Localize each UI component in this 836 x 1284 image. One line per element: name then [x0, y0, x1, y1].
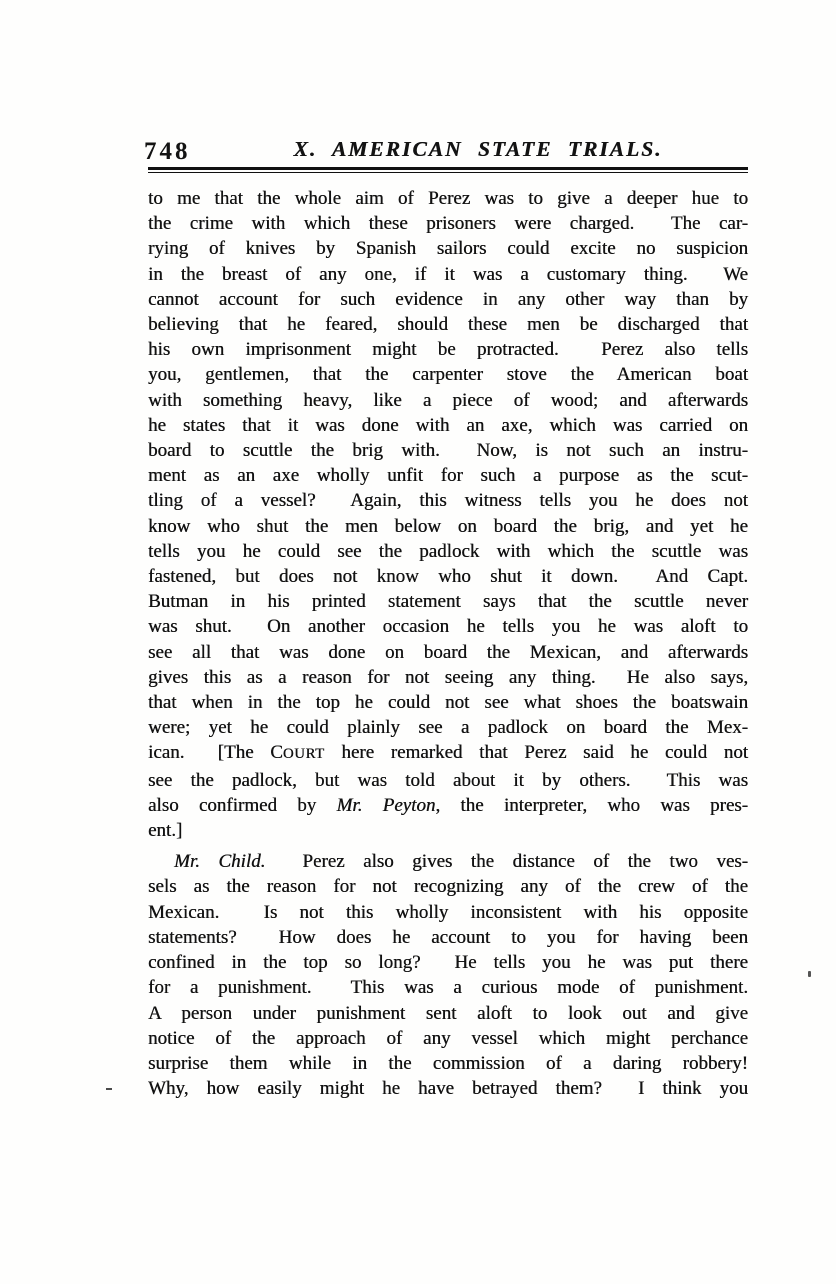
- text-run: in the breast of any one, if it was a cu…: [148, 264, 748, 285]
- text-line: the crime with which these prisoners wer…: [148, 211, 748, 236]
- text-run: ican. [The C: [148, 742, 283, 763]
- page-body-text: to me that the whole aim of Perez was to…: [148, 186, 748, 1101]
- text-line: see the padlock, but was told about it b…: [148, 768, 748, 793]
- text-run: with something heavy, like a piece of wo…: [148, 390, 748, 411]
- text-line: Mexican. Is not this wholly inconsistent…: [148, 900, 748, 925]
- text-line: surprise them while in the commission of…: [148, 1051, 748, 1076]
- text-run: cannot account for such evidence in any …: [148, 289, 748, 310]
- text-run: he states that it was done with an axe, …: [148, 415, 748, 436]
- text-run: here remarked that Perez said he could n…: [325, 742, 748, 763]
- italic-text: Mr. Child.: [174, 851, 265, 872]
- italic-text: Mr. Peyton: [336, 795, 435, 816]
- text-line: sels as the reason for not recognizing a…: [148, 874, 748, 899]
- page-number: 748: [144, 138, 191, 166]
- text-line: in the breast of any one, if it was a cu…: [148, 262, 748, 287]
- text-run: fastened, but does not know who shut it …: [148, 566, 748, 587]
- text-run: for a punishment. This was a curious mod…: [148, 977, 748, 998]
- text-run: Mexican. Is not this wholly inconsistent…: [148, 902, 748, 923]
- text-run: believing that he feared, should these m…: [148, 314, 748, 335]
- text-line: tling of a vessel? Again, this witness t…: [148, 488, 748, 513]
- scan-speck: [808, 971, 811, 977]
- text-line: that when in the top he could not see wh…: [148, 690, 748, 715]
- text-line: gives this as a reason for not seeing an…: [148, 665, 748, 690]
- text-run: ent.]: [148, 820, 182, 841]
- text-run: tling of a vessel? Again, this witness t…: [148, 490, 748, 511]
- smallcaps-text: OURT: [283, 746, 325, 762]
- text-line: rying of knives by Spanish sailors could…: [148, 236, 748, 261]
- text-run: rying of knives by Spanish sailors could…: [148, 238, 748, 259]
- text-line: for a punishment. This was a curious mod…: [148, 975, 748, 1000]
- text-run: know who shut the men below on board the…: [148, 516, 748, 537]
- text-line: Why, how easily might he have betrayed t…: [148, 1076, 748, 1101]
- text-run: his own imprisonment might be protracted…: [148, 339, 748, 360]
- text-line: A person under punishment sent aloft to …: [148, 1001, 748, 1026]
- text-run: Butman in his printed statement says tha…: [148, 591, 748, 612]
- text-line: ican. [The COURT here remarked that Pere…: [148, 740, 748, 767]
- text-run: to me that the whole aim of Perez was to…: [148, 188, 748, 209]
- text-line: believing that he feared, should these m…: [148, 312, 748, 337]
- text-line: cannot account for such evidence in any …: [148, 287, 748, 312]
- text-run: ment as an axe wholly unfit for such a p…: [148, 465, 748, 486]
- text-line: know who shut the men below on board the…: [148, 514, 748, 539]
- text-run: you, gentlemen, that the carpenter stove…: [148, 364, 748, 385]
- text-run: , the interpreter, who was pres-: [435, 795, 748, 816]
- text-line: were; yet he could plainly see a padlock…: [148, 715, 748, 740]
- text-line: Mr. Child. Perez also gives the distance…: [148, 849, 748, 874]
- paragraph: Mr. Child. Perez also gives the distance…: [148, 849, 748, 1101]
- text-line: see all that was done on board the Mexic…: [148, 640, 748, 665]
- scan-speck: [106, 1088, 112, 1090]
- page-header: 748 X. AMERICAN STATE TRIALS.: [148, 137, 748, 167]
- text-run: were; yet he could plainly see a padlock…: [148, 717, 748, 738]
- text-run: see all that was done on board the Mexic…: [148, 642, 748, 663]
- book-page: 748 X. AMERICAN STATE TRIALS. to me that…: [0, 0, 836, 1284]
- text-line: statements? How does he account to you f…: [148, 925, 748, 950]
- text-line: Butman in his printed statement says tha…: [148, 589, 748, 614]
- text-line: also confirmed by Mr. Peyton, the interp…: [148, 793, 748, 818]
- text-run: statements? How does he account to you f…: [148, 927, 748, 948]
- text-run: confined in the top so long? He tells yo…: [148, 952, 748, 973]
- text-run: notice of the approach of any vessel whi…: [148, 1028, 748, 1049]
- text-line: confined in the top so long? He tells yo…: [148, 950, 748, 975]
- text-line: was shut. On another occasion he tells y…: [148, 614, 748, 639]
- text-run: the crime with which these prisoners wer…: [148, 213, 748, 234]
- text-line: fastened, but does not know who shut it …: [148, 564, 748, 589]
- text-line: he states that it was done with an axe, …: [148, 413, 748, 438]
- text-line: to me that the whole aim of Perez was to…: [148, 186, 748, 211]
- header-rule-thick: [148, 167, 748, 170]
- text-run: tells you he could see the padlock with …: [148, 541, 748, 562]
- text-line: ent.]: [148, 818, 748, 843]
- text-run: see the padlock, but was told about it b…: [148, 770, 748, 791]
- text-run: board to scuttle the brig with. Now, is …: [148, 440, 748, 461]
- text-line: his own imprisonment might be protracted…: [148, 337, 748, 362]
- text-run: A person under punishment sent aloft to …: [148, 1003, 748, 1024]
- text-run: that when in the top he could not see wh…: [148, 692, 748, 713]
- text-line: with something heavy, like a piece of wo…: [148, 388, 748, 413]
- text-line: ment as an axe wholly unfit for such a p…: [148, 463, 748, 488]
- text-run: Why, how easily might he have betrayed t…: [148, 1078, 748, 1099]
- header-rule: [148, 167, 748, 173]
- running-title: X. AMERICAN STATE TRIALS.: [208, 137, 748, 162]
- header-rule-thin: [148, 172, 748, 174]
- text-run: surprise them while in the commission of…: [148, 1053, 748, 1074]
- text-line: notice of the approach of any vessel whi…: [148, 1026, 748, 1051]
- text-run: sels as the reason for not recognizing a…: [148, 876, 748, 897]
- text-run: was shut. On another occasion he tells y…: [148, 616, 748, 637]
- text-run: gives this as a reason for not seeing an…: [148, 667, 748, 688]
- text-line: tells you he could see the padlock with …: [148, 539, 748, 564]
- text-line: you, gentlemen, that the carpenter stove…: [148, 362, 748, 387]
- text-run: also confirmed by: [148, 795, 336, 816]
- paragraph: to me that the whole aim of Perez was to…: [148, 186, 748, 843]
- text-line: board to scuttle the brig with. Now, is …: [148, 438, 748, 463]
- text-run: Perez also gives the distance of the two…: [265, 851, 748, 872]
